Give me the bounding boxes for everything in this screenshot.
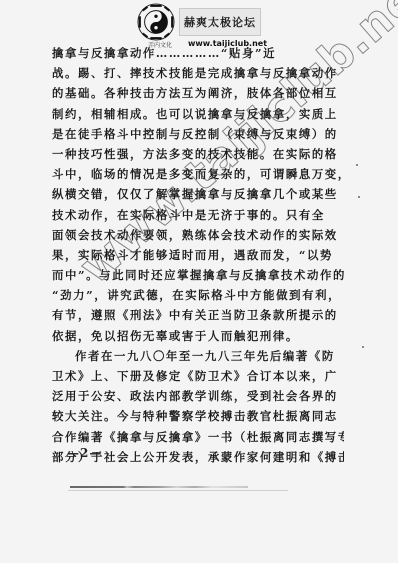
page-number: —2— — [67, 446, 102, 460]
footer-scan-artifact — [68, 490, 288, 491]
scan-speck — [356, 164, 358, 166]
text-line: 而中”。与此同时还应掌握擒拿与反擒拿技术动作的 — [52, 265, 344, 285]
text-line: 斗中，临场的情况是多变而复杂的，可谓瞬息万变， — [52, 164, 344, 184]
text-line: 战。踢、打、摔技术技能是完成擒拿与反擒拿动作 — [52, 63, 344, 83]
text-line: 依据，免以招伤无辜或害于人而触犯刑律。 — [52, 326, 344, 346]
text-line: 果，实际格斗才能够适时而用，遇敌而发，“以势 — [52, 245, 344, 265]
text-line: 的基础。各种技击方法互为阐济，肢体各部位相互 — [52, 83, 344, 103]
footer-scan-artifact — [70, 486, 248, 488]
text-line: 有节，遵照《刑法》中有关正当防卫条款所提示的 — [52, 305, 344, 325]
text-line: 卫术》上、下册及修定《防卫术》合订本以来，广 — [52, 366, 344, 386]
logo-banner: 赫爽太极论坛 — [179, 8, 261, 36]
text-line: 一种技巧性强，方法多变的技术技能。在实际的格 — [52, 144, 344, 164]
text-line: 制约，相辅相成。也可以说擒拿与反擒拿，实质上 — [52, 104, 344, 124]
scan-speck — [362, 346, 364, 348]
text-line: 较大关注。今与特种警察学校搏击教官杜振离同志 — [52, 406, 344, 426]
text-line: 是在徒手格斗中控制与反控制（束缚与反束缚）的 — [52, 124, 344, 144]
text-line: “劲力”，讲究武德，在实际格斗中方能做到有利， — [52, 285, 344, 305]
site-logo: 赫爽太极论坛 — [137, 2, 261, 42]
paragraph-start-line: 作者在一九八〇年至一九八三年先后编著《防 — [52, 346, 344, 366]
taiji-bagua-icon — [137, 3, 175, 41]
scanned-book-page: 赫爽太极论坛 弄内文化 www.taijiclub.net 擒拿与反擒拿动作……… — [0, 0, 398, 563]
text-line: 技术动作，在实际格斗中是无济于事的。只有全 — [52, 205, 344, 225]
body-text: 擒拿与反擒拿动作……………“贴身”近 战。踢、打、摔技术技能是完成擒拿与反擒拿动… — [52, 43, 344, 467]
text-line: 擒拿与反擒拿动作……………“贴身”近 — [52, 43, 344, 63]
text-line: 纵横交错，仅仅了解掌握擒拿与反擒拿几个或某些 — [52, 184, 344, 204]
scan-speck — [358, 196, 360, 198]
text-line: 合作编著《擒拿与反擒拿》一书（杜振离同志撰写专业部 — [52, 427, 344, 447]
text-line: 面领会技术动作要领，熟练体会技术动作的实际效 — [52, 225, 344, 245]
text-line: 泛用于公安、政法内部教学训练，受到社会各界的 — [52, 386, 344, 406]
